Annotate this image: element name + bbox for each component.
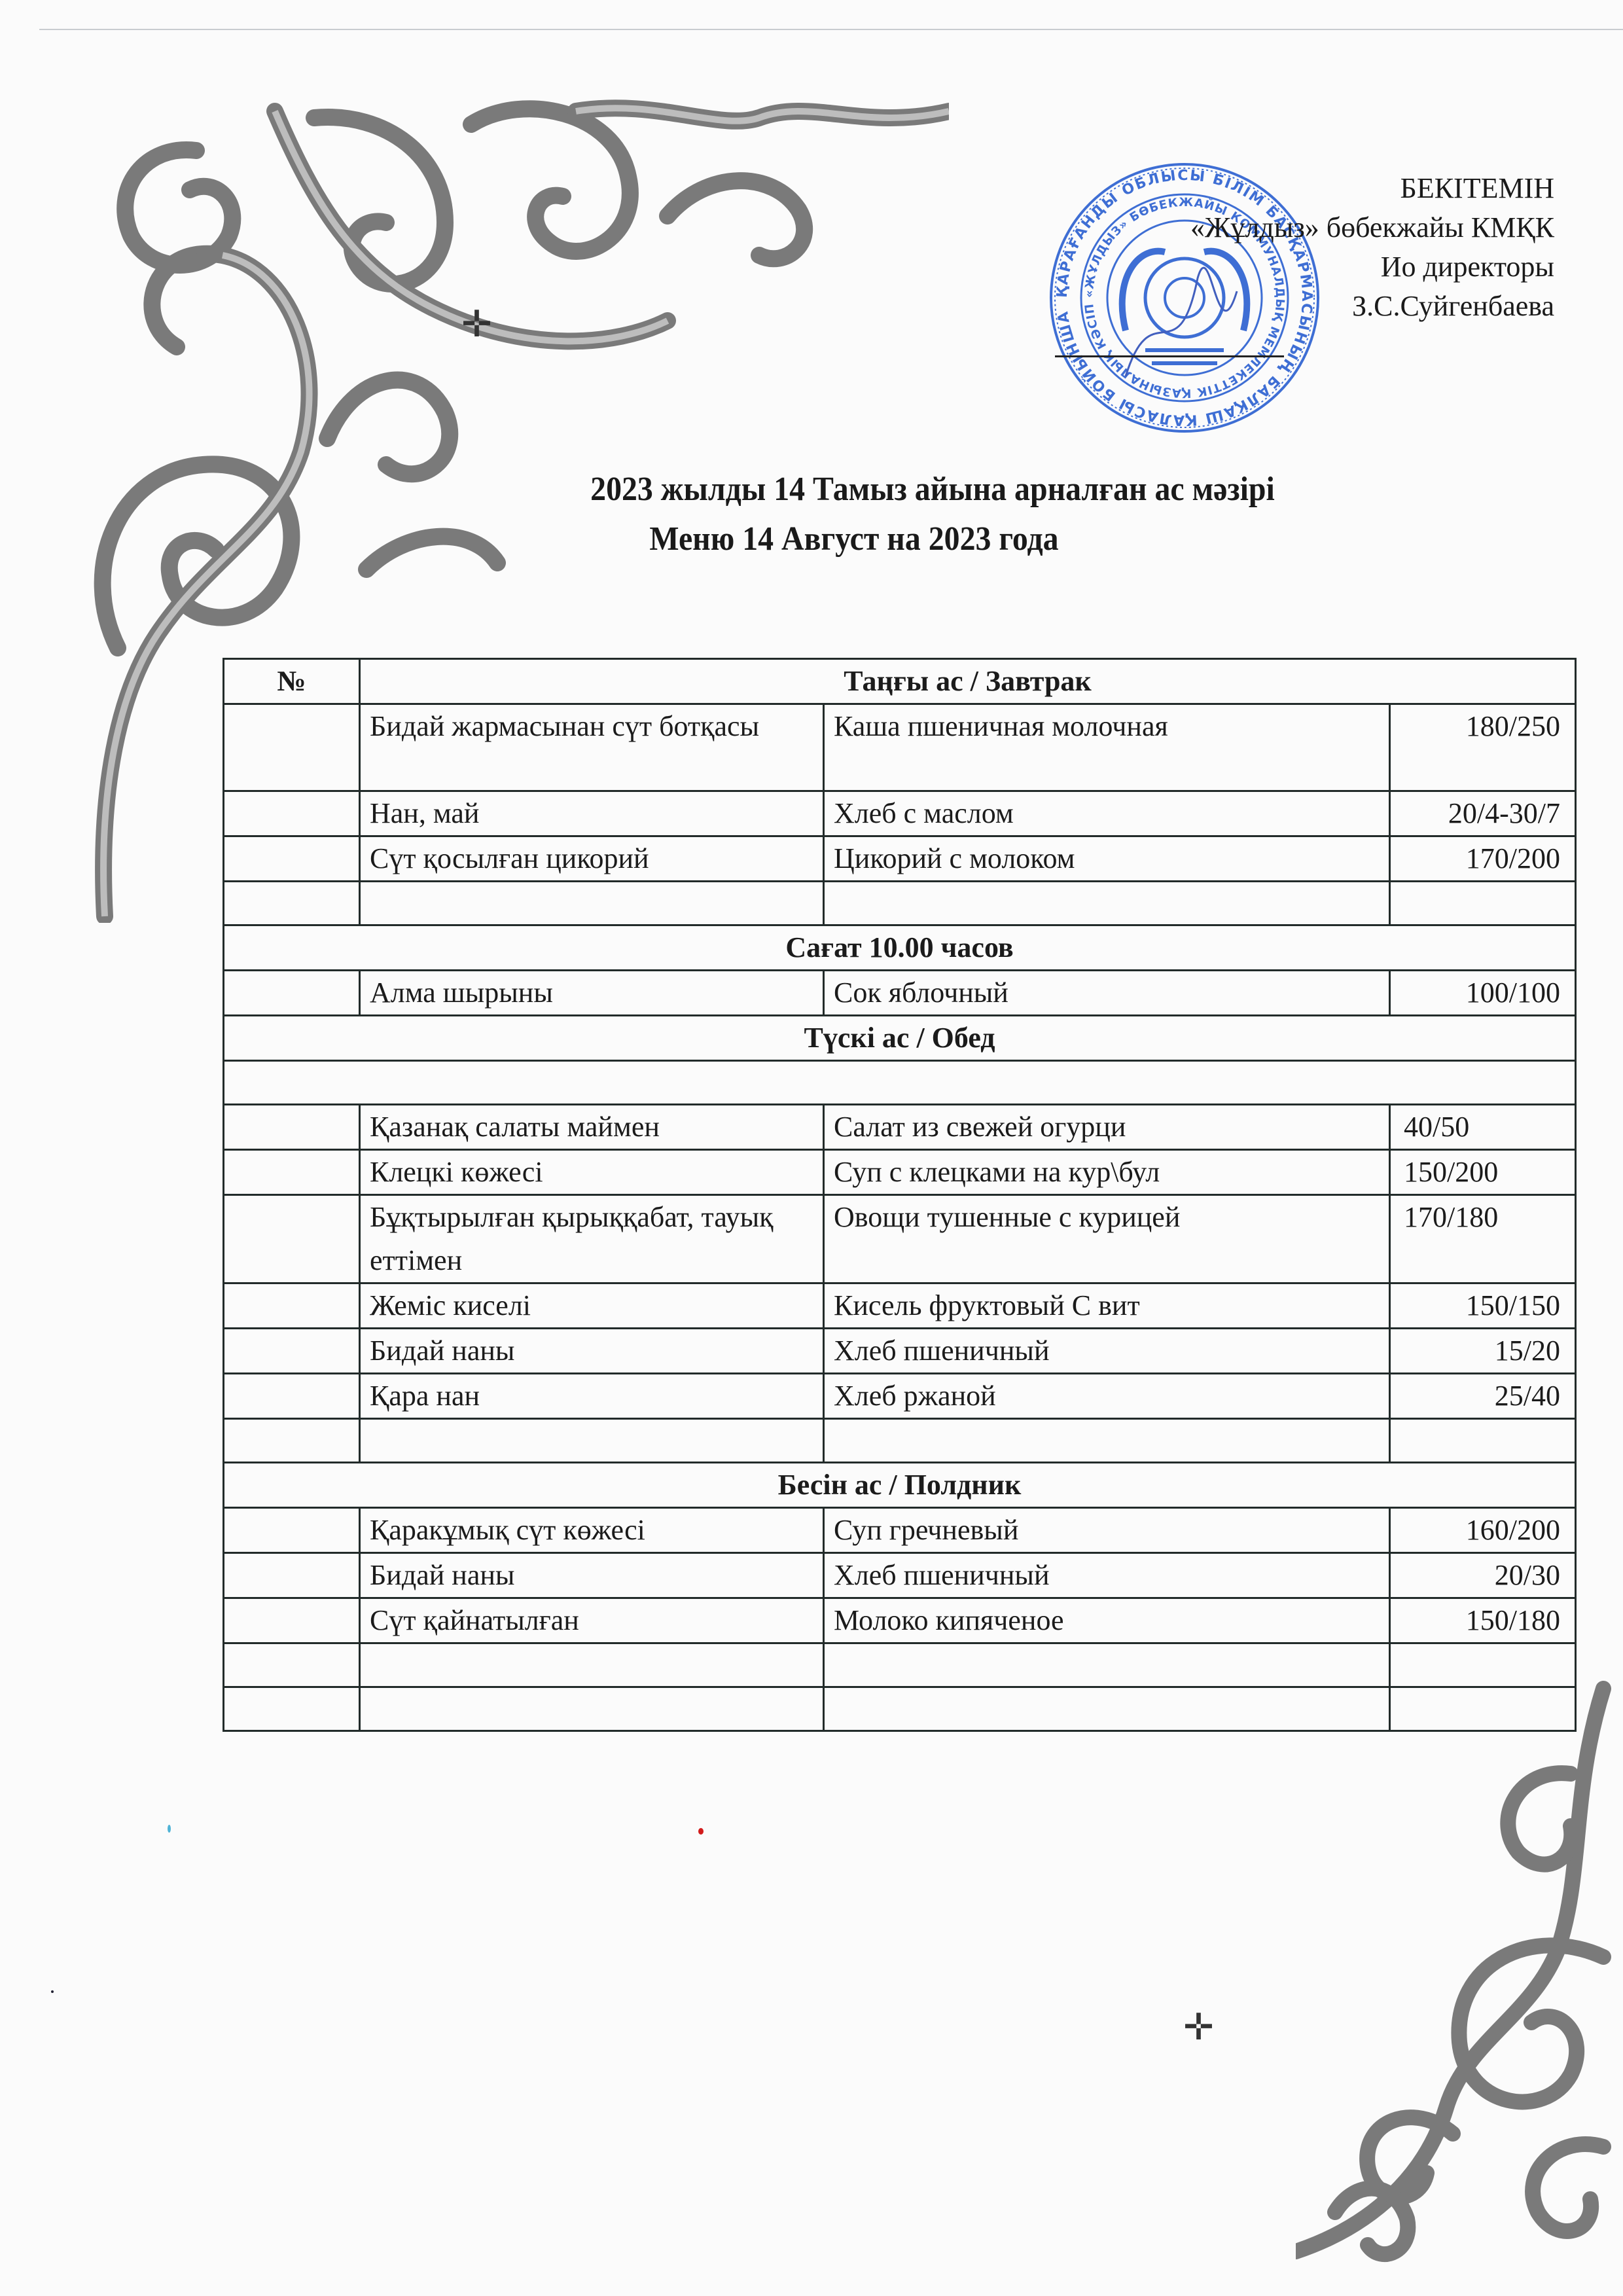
dish-kz: Сүт қайнатылған xyxy=(360,1598,824,1643)
table-row-empty xyxy=(224,882,1576,925)
dish-kz: Қазанақ салаты маймен xyxy=(360,1105,824,1150)
dish-portion: 150/150 xyxy=(1390,1283,1576,1329)
table-row-empty xyxy=(224,1687,1576,1731)
registration-mark-icon: ✛ xyxy=(461,306,492,343)
table-row: Нан, май Хлеб с маслом 20/4-30/7 xyxy=(224,791,1576,836)
section-afternoon-title: Бесін ас / Полдник xyxy=(224,1463,1576,1508)
dish-kz: Клецкі көжесі xyxy=(360,1150,824,1195)
dish-portion: 25/40 xyxy=(1390,1374,1576,1419)
dish-kz: Бидай наны xyxy=(360,1329,824,1374)
dish-ru: Салат из свежей огурци xyxy=(824,1105,1390,1150)
dish-portion: 170/180 xyxy=(1390,1195,1576,1283)
dish-kz: Сүт қосылған цикорий xyxy=(360,836,824,882)
dish-ru: Цикорий с молоком xyxy=(824,836,1390,882)
dish-ru: Хлеб ржаной xyxy=(824,1374,1390,1419)
table-row: Қара нан Хлеб ржаной 25/40 xyxy=(224,1374,1576,1419)
table-row: Сүт қосылған цикорий Цикорий с молоком 1… xyxy=(224,836,1576,882)
dish-portion: 160/200 xyxy=(1390,1508,1576,1553)
page-edge xyxy=(39,29,1623,30)
dish-ru: Кисель фруктовый С вит xyxy=(824,1283,1390,1329)
dish-kz: Бұқтырылған қырыққабат, тауық еттімен xyxy=(360,1195,824,1283)
menu-table: № Таңғы ас / Завтрак Бидай жармасынан сү… xyxy=(223,658,1577,1732)
title-russian: Меню 14 Август на 2023 года xyxy=(147,514,1561,564)
section-snack-title: Сағат 10.00 часов xyxy=(224,925,1576,971)
section-breakfast-title: Таңғы ас / Завтрак xyxy=(360,659,1576,704)
registration-mark-icon: ✛ xyxy=(1183,2009,1214,2046)
signature-line xyxy=(1055,355,1284,357)
table-row: Жеміс киселі Кисель фруктовый С вит 150/… xyxy=(224,1283,1576,1329)
table-row-empty xyxy=(224,1419,1576,1463)
dish-ru: Хлеб с маслом xyxy=(824,791,1390,836)
table-row-empty xyxy=(224,1061,1576,1105)
dish-portion: 150/180 xyxy=(1390,1598,1576,1643)
number-column-header: № xyxy=(224,659,360,704)
dish-ru: Суп с клецками на кур\бул xyxy=(824,1150,1390,1195)
table-row: Алма шырыны Сок яблочный 100/100 xyxy=(224,971,1576,1016)
table-row: Қазанақ салаты маймен Салат из свежей ог… xyxy=(224,1105,1576,1150)
dish-portion: 40/50 xyxy=(1390,1105,1576,1150)
dish-portion: 20/30 xyxy=(1390,1553,1576,1598)
approval-heading: БЕКІТЕМІН xyxy=(1190,169,1554,208)
approval-block: БЕКІТЕМІН «Жұлдыз» бөбекжайы КМҚК Ио дир… xyxy=(1190,169,1554,326)
dish-portion: 20/4-30/7 xyxy=(1390,791,1576,836)
dish-portion: 180/250 xyxy=(1390,704,1576,791)
section-snack-row: Сағат 10.00 часов xyxy=(224,925,1576,971)
ornament-corner-bottom-right-icon xyxy=(1296,1676,1623,2296)
dish-kz: Қаракұмық сүт көжесі xyxy=(360,1508,824,1553)
dish-ru: Каша пшеничная молочная xyxy=(824,704,1390,791)
dish-kz: Алма шырыны xyxy=(360,971,824,1016)
dish-portion: 15/20 xyxy=(1390,1329,1576,1374)
section-afternoon-row: Бесін ас / Полдник xyxy=(224,1463,1576,1508)
table-row: Сүт қайнатылған Молоко кипяченое 150/180 xyxy=(224,1598,1576,1643)
table-row: Бұқтырылған қырыққабат, тауық еттімен Ов… xyxy=(224,1195,1576,1283)
dish-kz: Бидай наны xyxy=(360,1553,824,1598)
dish-ru: Овощи тушенные с курицей xyxy=(824,1195,1390,1283)
table-row: Бидай жармасынан сүт ботқасы Каша пшенич… xyxy=(224,704,1576,791)
dish-ru: Хлеб пшеничный xyxy=(824,1553,1390,1598)
dish-ru: Сок яблочный xyxy=(824,971,1390,1016)
dish-kz: Жеміс киселі xyxy=(360,1283,824,1329)
section-lunch-row: Түскі ас / Обед xyxy=(224,1016,1576,1061)
table-row: Бидай наны Хлеб пшеничный 20/30 xyxy=(224,1553,1576,1598)
dish-kz: Қара нан xyxy=(360,1374,824,1419)
table-header-row: № Таңғы ас / Завтрак xyxy=(224,659,1576,704)
table-row: Клецкі көжесі Суп с клецками на кур\бул … xyxy=(224,1150,1576,1195)
table-row: Бидай наны Хлеб пшеничный 15/20 xyxy=(224,1329,1576,1374)
table-row: Қаракұмық сүт көжесі Суп гречневый 160/2… xyxy=(224,1508,1576,1553)
dish-portion: 100/100 xyxy=(1390,971,1576,1016)
dish-kz: Бидай жармасынан сүт ботқасы xyxy=(360,704,824,791)
section-lunch-title: Түскі ас / Обед xyxy=(224,1016,1576,1061)
document-title: 2023 жылды 14 Тамыз айына арналған ас мә… xyxy=(0,465,1623,564)
signatory-position: Ио директоры xyxy=(1190,247,1554,287)
dish-portion: 150/200 xyxy=(1390,1150,1576,1195)
table-row-empty xyxy=(224,1643,1576,1687)
dish-ru: Хлеб пшеничный xyxy=(824,1329,1390,1374)
signatory-name: З.С.Суйгенбаева xyxy=(1190,287,1554,326)
organization-name: «Жұлдыз» бөбекжайы КМҚК xyxy=(1190,208,1554,247)
dish-ru: Суп гречневый xyxy=(824,1508,1390,1553)
dish-portion: 170/200 xyxy=(1390,836,1576,882)
dish-kz: Нан, май xyxy=(360,791,824,836)
title-kazakh: 2023 жылды 14 Тамыз айына арналған ас мә… xyxy=(297,465,1567,514)
dish-ru: Молоко кипяченое xyxy=(824,1598,1390,1643)
